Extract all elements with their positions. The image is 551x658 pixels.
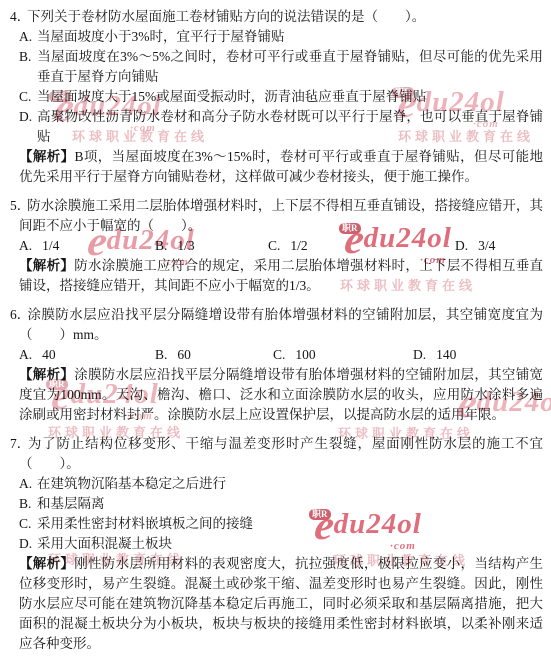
analysis-label: 【解析】 <box>19 367 74 382</box>
option-b: B.1/3 <box>155 236 268 256</box>
question-number: 5． <box>10 196 27 216</box>
option-label: B. <box>19 47 37 67</box>
analysis: 【解析】涂膜防水层应沿找平层分隔缝增设带有胎体增强材料的空铺附加层，其空铺宽度宜… <box>19 365 543 425</box>
option-text: 当屋面坡度在3%～5%之间时，卷材可平行或垂直于屋脊铺贴，但尽可能的优先采用垂直… <box>37 49 543 84</box>
analysis-text: 刚性防水层所用材料的表观密度大，抗拉强度低，极限拉应变小，当结构产生位移变形时，… <box>19 556 543 651</box>
option-a: A.在建筑物沉陷基本稳定之后进行 <box>37 474 543 494</box>
option-text: 和基层隔离 <box>37 496 105 511</box>
question-title: 为了防止结构位移变形、干缩与温差变形时产生裂缝，屋面刚性防水层的施工不宜（ ）。 <box>19 436 543 471</box>
question-6: 6．涂膜防水层应沿找平层分隔缝增设带有胎体增强材料的空铺附加层，其空铺宽度宜为（… <box>0 305 543 425</box>
question-5: 5．防水涂膜施工采用二层胎体增强材料时，上下层不得相互垂直铺设，搭接缝应错开，其… <box>0 196 543 296</box>
option-c: C.采用柔性密封材料嵌填板之间的接缝 <box>37 514 543 534</box>
option-label: B. <box>19 494 37 514</box>
option-label: C. <box>19 87 37 107</box>
options-row: A.1/4 B.1/3 C.1/2 D.3/4 <box>19 236 543 256</box>
options-row: A.40 B.60 C.100 D.140 <box>19 345 543 365</box>
analysis-text: B项，当屋面坡度在3%～15%时，卷材可平行或垂直于屋脊铺贴，但尽可能地优先采用… <box>19 149 543 184</box>
analysis-text: 涂膜防水层应沿找平层分隔缝增设带有胎体增强材料的空铺附加层，其空铺宽度宜为100… <box>19 367 543 422</box>
question-4: 4．下列关于卷材防水屋面施工卷材铺贴方向的说法错误的是（ ）。 A.当屋面坡度小… <box>0 7 543 187</box>
option-b: B.和基层隔离 <box>37 494 543 514</box>
option-text: 高聚物改性沥青防水卷材和高分子防水卷材既可以平行于屋脊，也可以垂直于屋脊铺贴 <box>37 109 543 144</box>
question-text: 4．下列关于卷材防水屋面施工卷材铺贴方向的说法错误的是（ ）。 <box>19 7 543 27</box>
option-label: A. <box>19 27 37 47</box>
option-label: D. <box>19 107 37 127</box>
option-text: 采用柔性密封材料嵌填板之间的接缝 <box>37 516 253 531</box>
question-title: 下列关于卷材防水屋面施工卷材铺贴方向的说法错误的是（ ）。 <box>27 9 425 24</box>
question-title: 防水涂膜施工采用二层胎体增强材料时，上下层不得相互垂直铺设，搭接缝应错开，其间距… <box>19 198 543 233</box>
question-title: 涂膜防水层应沿找平层分隔缝增设带有胎体增强材料的空铺附加层，其空铺宽度宜为（ ）… <box>19 307 543 342</box>
analysis-label: 【解析】 <box>19 556 74 571</box>
option-a: A.当屋面坡度小于3%时，宜平行于屋脊铺贴 <box>37 27 543 47</box>
question-text: 6．涂膜防水层应沿找平层分隔缝增设带有胎体增强材料的空铺附加层，其空铺宽度宜为（… <box>19 305 543 345</box>
analysis-text: 防水涂膜施工应符合的规定，采用二层胎体增强材料时，上下层不得相互垂直铺设，搭接缝… <box>19 258 543 293</box>
analysis-label: 【解析】 <box>19 149 74 164</box>
question-number: 4． <box>10 7 27 27</box>
option-c: C.当屋面坡度大于15%或屋面受振动时，沥青油毡应垂直于屋脊铺贴 <box>37 87 543 107</box>
option-d: D.高聚物改性沥青防水卷材和高分子防水卷材既可以平行于屋脊，也可以垂直于屋脊铺贴 <box>37 107 543 147</box>
option-label: D. <box>19 534 37 554</box>
exam-page: 4．下列关于卷材防水屋面施工卷材铺贴方向的说法错误的是（ ）。 A.当屋面坡度小… <box>0 0 551 654</box>
option-a: A.40 <box>19 345 155 365</box>
option-c: C.100 <box>273 345 413 365</box>
question-number: 7． <box>10 434 27 454</box>
question-7: 7．为了防止结构位移变形、干缩与温差变形时产生裂缝，屋面刚性防水层的施工不宜（ … <box>0 434 543 654</box>
question-number: 6． <box>10 305 27 325</box>
analysis: 【解析】刚性防水层所用材料的表观密度大，抗拉强度低，极限拉应变小，当结构产生位移… <box>19 554 543 654</box>
option-label: A. <box>19 474 37 494</box>
option-a: A.1/4 <box>19 236 155 256</box>
option-d: D.采用大面积混凝土板块 <box>37 534 543 554</box>
option-d: D.3/4 <box>455 236 495 256</box>
option-text: 当屋面坡度小于3%时，宜平行于屋脊铺贴 <box>37 29 285 44</box>
option-b: B.当屋面坡度在3%～5%之间时，卷材可平行或垂直于屋脊铺贴，但尽可能的优先采用… <box>37 47 543 87</box>
option-text: 采用大面积混凝土板块 <box>37 536 172 551</box>
analysis: 【解析】B项，当屋面坡度在3%～15%时，卷材可平行或垂直于屋脊铺贴，但尽可能地… <box>19 147 543 187</box>
question-text: 5．防水涂膜施工采用二层胎体增强材料时，上下层不得相互垂直铺设，搭接缝应错开，其… <box>19 196 543 236</box>
option-label: C. <box>19 514 37 534</box>
option-b: B.60 <box>155 345 273 365</box>
analysis: 【解析】防水涂膜施工应符合的规定，采用二层胎体增强材料时，上下层不得相互垂直铺设… <box>19 256 543 296</box>
option-text: 在建筑物沉陷基本稳定之后进行 <box>37 476 226 491</box>
option-text: 当屋面坡度大于15%或屋面受振动时，沥青油毡应垂直于屋脊铺贴 <box>37 89 426 104</box>
analysis-label: 【解析】 <box>19 258 74 273</box>
option-c: C.1/2 <box>268 236 455 256</box>
option-d: D.140 <box>413 345 456 365</box>
question-text: 7．为了防止结构位移变形、干缩与温差变形时产生裂缝，屋面刚性防水层的施工不宜（ … <box>19 434 543 474</box>
